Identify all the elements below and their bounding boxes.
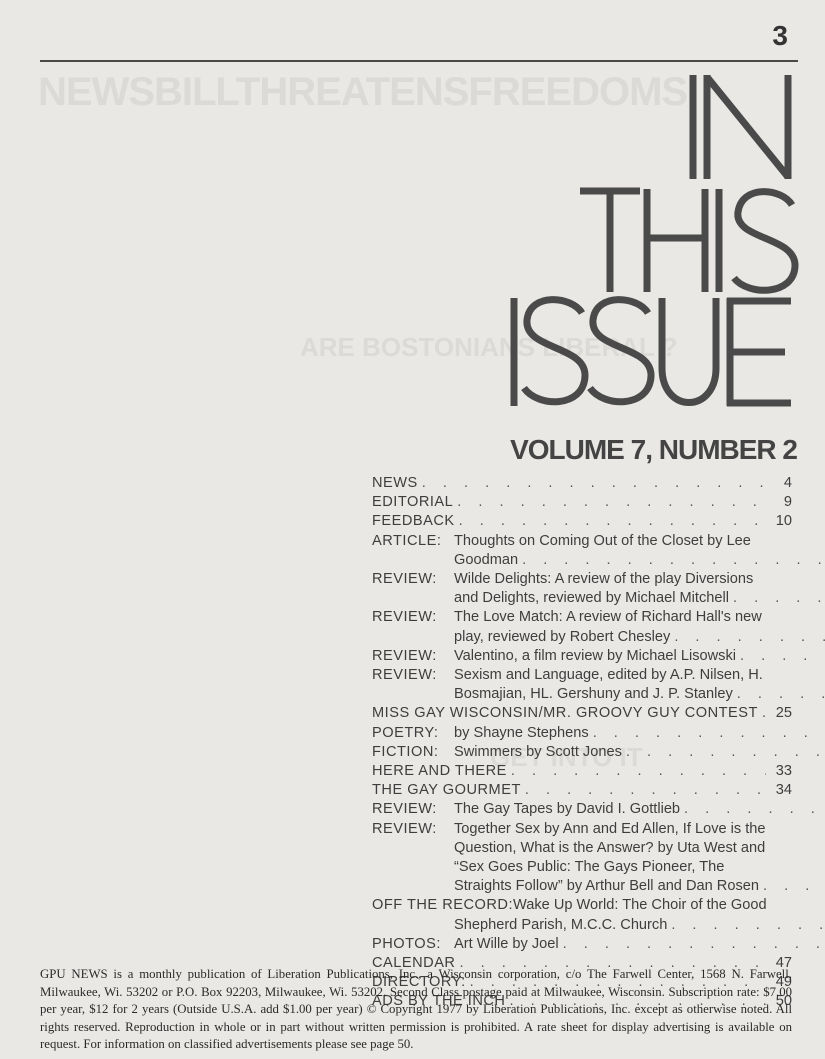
toc-entry: MISS GAY WISCONSIN/MR. GROOVY GUY CONTES…	[372, 704, 792, 723]
toc-entry-label: FICTION:	[372, 743, 454, 762]
toc-entry-title: Shepherd Parish, M.C.C. Church	[454, 916, 667, 935]
toc-entry-title: Question, What is the Answer? by Uta Wes…	[454, 839, 765, 858]
title-word-this	[580, 189, 795, 292]
toc-entry-label: HERE AND THERE	[372, 762, 507, 781]
toc-entry: REVIEW:Valentino, a film review by Micha…	[372, 647, 792, 666]
toc-entry-label: ARTICLE:	[372, 532, 454, 551]
dot-leader: . . . . . . . . . . . . . . . . . . . . …	[680, 800, 825, 819]
dot-leader: . . . . . . . . . . . . . . . . . . . . …	[455, 512, 766, 531]
toc-entry-label: REVIEW:	[372, 666, 454, 685]
toc-entry: EDITORIAL. . . . . . . . . . . . . . . .…	[372, 493, 792, 512]
toc-entry: REVIEW:The Love Match: A review of Richa…	[372, 608, 792, 646]
toc-entry: NEWS. . . . . . . . . . . . . . . . . . …	[372, 474, 792, 493]
toc-entry-label: REVIEW:	[372, 647, 454, 666]
dot-leader: . . . . . . . . . . . . . . . . . . . . …	[589, 724, 825, 743]
toc-page-number: 9	[766, 493, 792, 512]
toc-entry-label: THE GAY GOURMET	[372, 781, 521, 800]
toc-entry-label: FEEDBACK	[372, 512, 455, 531]
toc-entry-label: EDITORIAL	[372, 493, 453, 512]
dot-leader: . . . . . . . . . . . . . . . . . . . . …	[559, 935, 825, 954]
title-word-in	[693, 75, 788, 179]
title-word-issue	[514, 298, 791, 406]
toc-entry: THE GAY GOURMET. . . . . . . . . . . . .…	[372, 781, 792, 800]
toc-entry-label: MISS GAY WISCONSIN/MR. GROOVY GUY CONTES…	[372, 704, 758, 723]
toc-entry-title: The Love Match: A review of Richard Hall…	[454, 608, 762, 627]
toc-entry-title: Swimmers by Scott Jones	[454, 743, 622, 762]
dot-leader: . . . . . . . . . . . . . . . . . . . . …	[507, 762, 766, 781]
toc-entry-title: “Sex Goes Public: The Gays Pioneer, The	[454, 858, 724, 877]
toc-entry-title: Wilde Delights: A review of the play Div…	[454, 570, 753, 589]
toc-entry-title: Together Sex by Ann and Ed Allen, If Lov…	[454, 820, 766, 839]
toc-entry-title: by Shayne Stephens	[454, 724, 589, 743]
dot-leader: . . . . . . . . . . . . . . . . . . . . …	[518, 551, 825, 570]
toc-page-number: 34	[766, 781, 792, 800]
toc-entry-label: PHOTOS:	[372, 935, 454, 954]
toc-entry-title: Valentino, a film review by Michael Liso…	[454, 647, 736, 666]
dot-leader: . . . . . . . . . . . . . . . . . . . . …	[758, 704, 766, 723]
dot-leader: . . . . . . . . . . . . . . . . . . . . …	[667, 916, 825, 935]
toc-entry: FICTION:Swimmers by Scott Jones. . . . .…	[372, 743, 792, 762]
toc-entry-title: Thoughts on Coming Out of the Closet by …	[454, 532, 751, 551]
toc-page-number: 4	[766, 474, 792, 493]
volume-number-heading: VOLUME 7, NUMBER 2	[482, 434, 797, 466]
dot-leader: . . . . . . . . . . . . . . . . . . . . …	[418, 474, 766, 493]
toc-entry: REVIEW:Together Sex by Ann and Ed Allen,…	[372, 820, 792, 897]
toc-page-number: 33	[766, 762, 792, 781]
dot-leader: . . . . . . . . . . . . . . . . . . . . …	[733, 685, 825, 704]
toc-entry-label: OFF THE RECORD:	[372, 896, 513, 915]
toc-entry-title: Goodman	[454, 551, 518, 570]
dot-leader: . . . . . . . . . . . . . . . . . . . . …	[729, 589, 825, 608]
toc-entry-title: Bosmajian, HL. Gershuny and J. P. Stanle…	[454, 685, 733, 704]
dot-leader: . . . . . . . . . . . . . . . . . . . . …	[622, 743, 825, 762]
toc-entry-title: play, reviewed by Robert Chesley	[454, 628, 670, 647]
toc-entry: OFF THE RECORD: Wake Up World: The Choir…	[372, 896, 792, 934]
toc-entry-title: Straights Follow” by Arthur Bell and Dan…	[454, 877, 759, 896]
toc-page-number: 10	[766, 512, 792, 531]
masthead-footer: GPU NEWS is a monthly publication of Lib…	[40, 966, 792, 1054]
toc-entry-label: REVIEW:	[372, 800, 454, 819]
toc-entry: ARTICLE:Thoughts on Coming Out of the Cl…	[372, 532, 792, 570]
toc-entry: PHOTOS:Art Wille by Joel. . . . . . . . …	[372, 935, 792, 954]
toc-entry: FEEDBACK. . . . . . . . . . . . . . . . …	[372, 512, 792, 531]
toc-page-number: 25	[766, 704, 792, 723]
table-of-contents: NEWS. . . . . . . . . . . . . . . . . . …	[372, 474, 792, 1012]
dot-leader: . . . . . . . . . . . . . . . . . . . . …	[736, 647, 825, 666]
toc-entry: REVIEW:The Gay Tapes by David I. Gottlie…	[372, 800, 792, 819]
toc-entry: POETRY:by Shayne Stephens. . . . . . . .…	[372, 724, 792, 743]
title-in-this-issue	[0, 0, 825, 440]
toc-entry-title: Sexism and Language, edited by A.P. Nils…	[454, 666, 763, 685]
dot-leader: . . . . . . . . . . . . . . . . . . . . …	[521, 781, 766, 800]
toc-entry-label: REVIEW:	[372, 570, 454, 589]
toc-entry: REVIEW:Wilde Delights: A review of the p…	[372, 570, 792, 608]
toc-entry-title: Wake Up World: The Choir of the Good	[513, 896, 767, 915]
dot-leader: . . . . . . . . . . . . . . . . . . . . …	[453, 493, 766, 512]
toc-entry: HERE AND THERE. . . . . . . . . . . . . …	[372, 762, 792, 781]
toc-entry-title: The Gay Tapes by David I. Gottlieb	[454, 800, 680, 819]
toc-entry-label: REVIEW:	[372, 820, 454, 839]
toc-entry-title: and Delights, reviewed by Michael Mitche…	[454, 589, 729, 608]
toc-entry-label: REVIEW:	[372, 608, 454, 627]
dot-leader: . . . . . . . . . . . . . . . . . . . . …	[670, 628, 825, 647]
dot-leader: . . . . . . . . . . . . . . . . . . . . …	[759, 877, 825, 896]
toc-entry-label: POETRY:	[372, 724, 454, 743]
toc-entry: REVIEW:Sexism and Language, edited by A.…	[372, 666, 792, 704]
toc-entry-title: Art Wille by Joel	[454, 935, 559, 954]
toc-entry-label: NEWS	[372, 474, 418, 493]
